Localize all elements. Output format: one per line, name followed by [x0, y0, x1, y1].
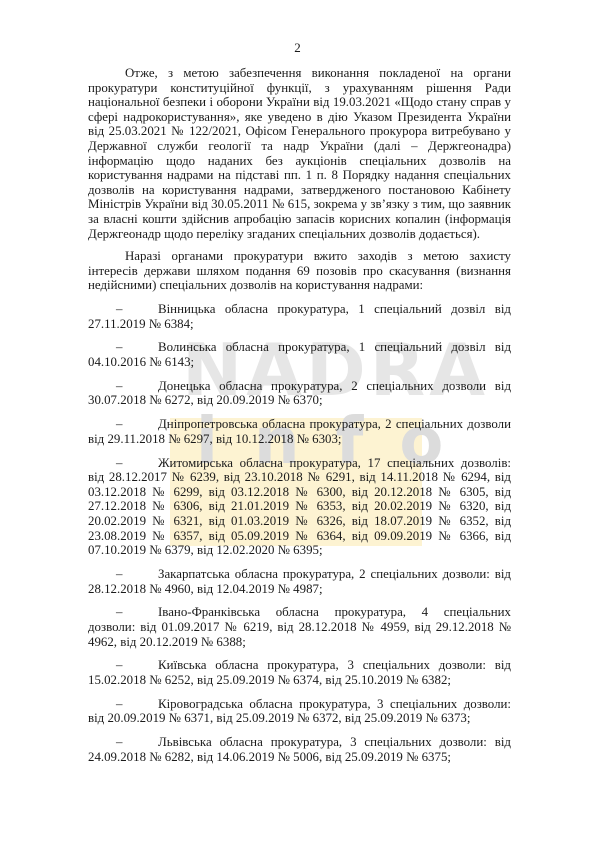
list-dash: –: [88, 302, 158, 317]
list-item: –Кіровоградська обласна прокуратура, 3 с…: [88, 697, 511, 726]
list-item: –Львівська обласна прокуратура, 3 спеціа…: [88, 735, 511, 764]
document-body: Отже, з метою забезпечення виконання пок…: [88, 66, 511, 764]
lawsuits-paragraph: Наразі органами прокуратури вжито заході…: [88, 249, 511, 293]
list-dash: –: [88, 697, 158, 712]
list-dash: –: [88, 417, 158, 432]
list-dash: –: [88, 567, 158, 582]
list-dash: –: [88, 456, 158, 471]
prosecutor-list: –Вінницька обласна прокуратура, 1 спеціа…: [88, 302, 511, 764]
list-item-text: Житомирська обласна прокуратура, 17 спец…: [88, 456, 511, 558]
list-dash: –: [88, 340, 158, 355]
list-item: –Дніпропетровська обласна прокуратура, 2…: [88, 417, 511, 446]
intro-paragraph: Отже, з метою забезпечення виконання пок…: [88, 66, 511, 241]
list-dash: –: [88, 379, 158, 394]
list-dash: –: [88, 605, 158, 620]
list-dash: –: [88, 658, 158, 673]
list-item: –Волинська обласна прокуратура, 1 спеціа…: [88, 340, 511, 369]
list-item: –Вінницька обласна прокуратура, 1 спеціа…: [88, 302, 511, 331]
list-item: –Донецька обласна прокуратура, 2 спеціал…: [88, 379, 511, 408]
page-number: 2: [0, 40, 595, 56]
list-item: –Івано-Франківська обласна прокуратура, …: [88, 605, 511, 649]
list-item: –Київська обласна прокуратура, 3 спеціал…: [88, 658, 511, 687]
list-item: –Закарпатська обласна прокуратура, 2 спе…: [88, 567, 511, 596]
list-item: –Житомирська обласна прокуратура, 17 спе…: [88, 456, 511, 558]
list-dash: –: [88, 735, 158, 750]
